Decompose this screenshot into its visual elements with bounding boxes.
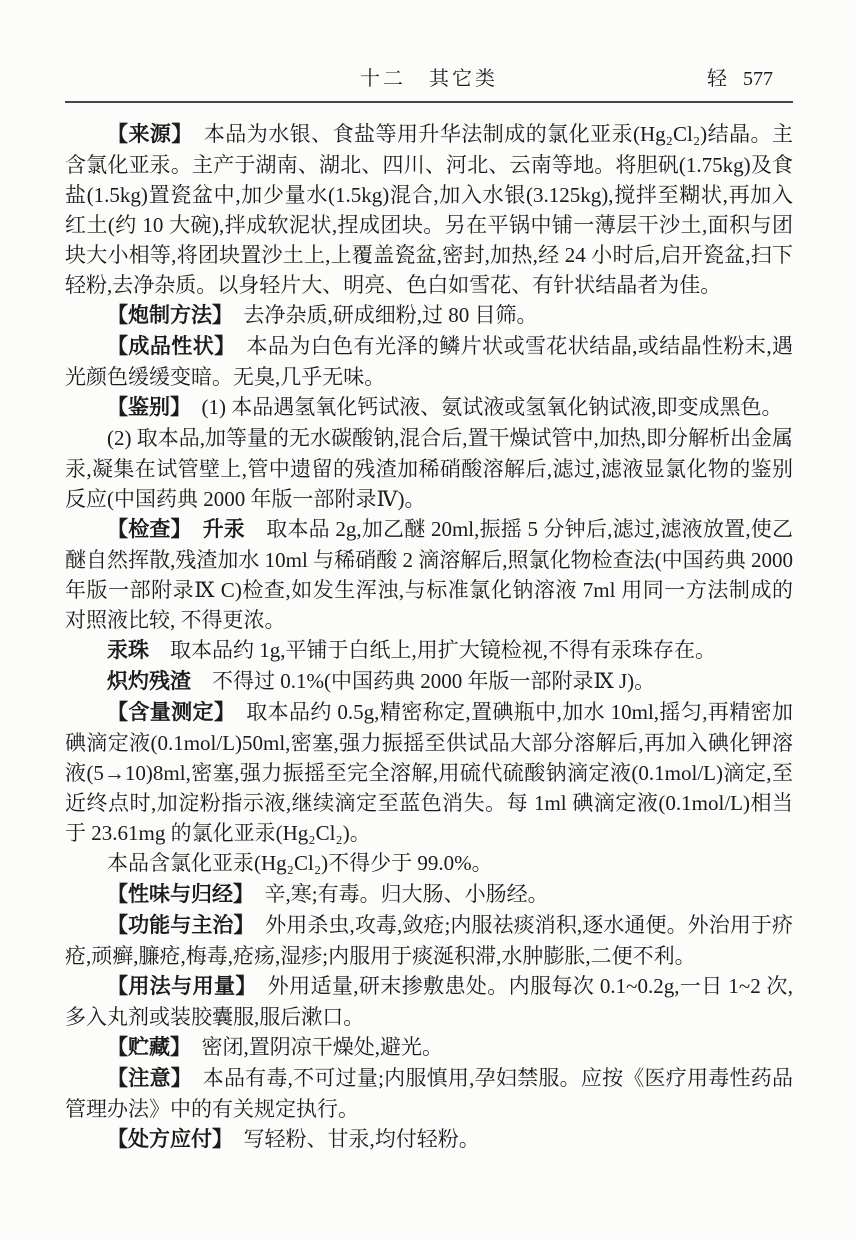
section-label: 【用法与用量】	[107, 975, 268, 998]
section-body: 取本品约 1g,平铺于白纸上,用扩大镜检视,不得有汞珠存在。	[170, 638, 716, 662]
section-function-indication: 【功能与主治】 外用杀虫,攻毒,敛疮;内服祛痰消积,逐水通便。外治用于疥疮,顽癣…	[65, 910, 793, 971]
section-body: 写轻粉、甘汞,均付轻粉。	[244, 1127, 480, 1151]
section-content-statement: 本品含氯化亚汞(Hg₂Cl₂)不得少于 99.0%。	[65, 848, 793, 879]
section-sublabel: 升汞	[203, 518, 267, 541]
section-body: (1) 本品遇氢氧化钙试液、氨试液或氢氧化钠试液,即变成黑色。	[202, 395, 783, 419]
section-source: 【来源】 本品为水银、食盐等用升华法制成的氯化亚汞(Hg₂Cl₂)结晶。主含氯化…	[65, 119, 793, 300]
section-body: 不得过 0.1%(中国药典 2000 年版一部附录Ⅸ J)。	[212, 669, 655, 693]
section-appearance: 【成品性状】 本品为白色有光泽的鳞片状或雪花状结晶,或结晶性粉末,遇光颜色缓缓变…	[65, 331, 793, 392]
chapter-title: 十二 其它类	[360, 62, 498, 91]
section-body: 去净杂质,研成细粉,过 80 目筛。	[244, 303, 538, 327]
header-folio: 轻577	[707, 62, 773, 91]
section-body: (2) 取本品,加等量的无水碳酸钠,混合后,置干燥试管中,加热,即分解析出金属汞…	[65, 426, 793, 511]
header-divider	[65, 101, 793, 103]
section-sublabel: 汞珠	[107, 639, 170, 662]
section-sublabel: 炽灼残渣	[107, 670, 212, 693]
section-label: 【贮藏】	[107, 1036, 202, 1059]
page-header: 十二 其它类 轻577	[65, 60, 793, 90]
book-page: 十二 其它类 轻577 【来源】 本品为水银、食盐等用升华法制成的氯化亚汞(Hg…	[0, 0, 856, 1239]
section-storage: 【贮藏】 密闭,置阴凉干燥处,避光。	[65, 1032, 793, 1063]
section-label: 【注意】	[107, 1067, 203, 1090]
section-label: 【炮制方法】	[107, 304, 244, 327]
drug-name: 轻	[707, 68, 727, 90]
section-label: 【性味与归经】	[107, 883, 265, 906]
section-body: 密闭,置阴凉干燥处,避光。	[202, 1035, 444, 1059]
section-label: 【成品性状】	[107, 335, 246, 358]
section-identification-1: 【鉴别】 (1) 本品遇氢氧化钙试液、氨试液或氢氧化钠试液,即变成黑色。	[65, 392, 793, 423]
section-label: 【功能与主治】	[107, 914, 265, 937]
monograph-content: 【来源】 本品为水银、食盐等用升华法制成的氯化亚汞(Hg₂Cl₂)结晶。主含氯化…	[65, 119, 793, 1155]
page-number: 577	[743, 68, 773, 90]
section-assay: 【含量测定】 取本品约 0.5g,精密称定,置碘瓶中,加水 10ml,摇匀,再精…	[65, 697, 793, 848]
section-caution: 【注意】 本品有毒,不可过量;内服慎用,孕妇禁服。应按《医疗用毒性药品管理办法》…	[65, 1063, 793, 1124]
section-ignition-residue: 炽灼残渣 不得过 0.1%(中国药典 2000 年版一部附录Ⅸ J)。	[65, 666, 793, 697]
section-mercury-beads: 汞珠 取本品约 1g,平铺于白纸上,用扩大镜检视,不得有汞珠存在。	[65, 635, 793, 666]
section-label: 【来源】	[107, 123, 204, 146]
section-label: 【鉴别】	[107, 396, 202, 419]
section-identification-2: (2) 取本品,加等量的无水碳酸钠,混合后,置干燥试管中,加热,即分解析出金属汞…	[65, 423, 793, 514]
section-label: 【处方应付】	[107, 1128, 244, 1151]
section-label: 【检查】	[107, 518, 203, 541]
section-usage-dosage: 【用法与用量】 外用适量,研末掺敷患处。内服每次 0.1~0.2g,一日 1~2…	[65, 971, 793, 1032]
section-body: 本品为水银、食盐等用升华法制成的氯化亚汞(Hg₂Cl₂)结晶。主含氯化亚汞。主产…	[65, 122, 793, 297]
section-body: 辛,寒;有毒。归大肠、小肠经。	[265, 882, 549, 906]
section-inspection: 【检查】 升汞 取本品 2g,加乙醚 20ml,振摇 5 分钟后,滤过,滤液放置…	[65, 514, 793, 635]
section-body: 本品含氯化亚汞(Hg₂Cl₂)不得少于 99.0%。	[107, 851, 493, 875]
section-label: 【含量测定】	[107, 701, 246, 724]
section-prescription: 【处方应付】 写轻粉、甘汞,均付轻粉。	[65, 1124, 793, 1155]
section-processing: 【炮制方法】 去净杂质,研成细粉,过 80 目筛。	[65, 300, 793, 331]
section-property-meridian: 【性味与归经】 辛,寒;有毒。归大肠、小肠经。	[65, 879, 793, 910]
